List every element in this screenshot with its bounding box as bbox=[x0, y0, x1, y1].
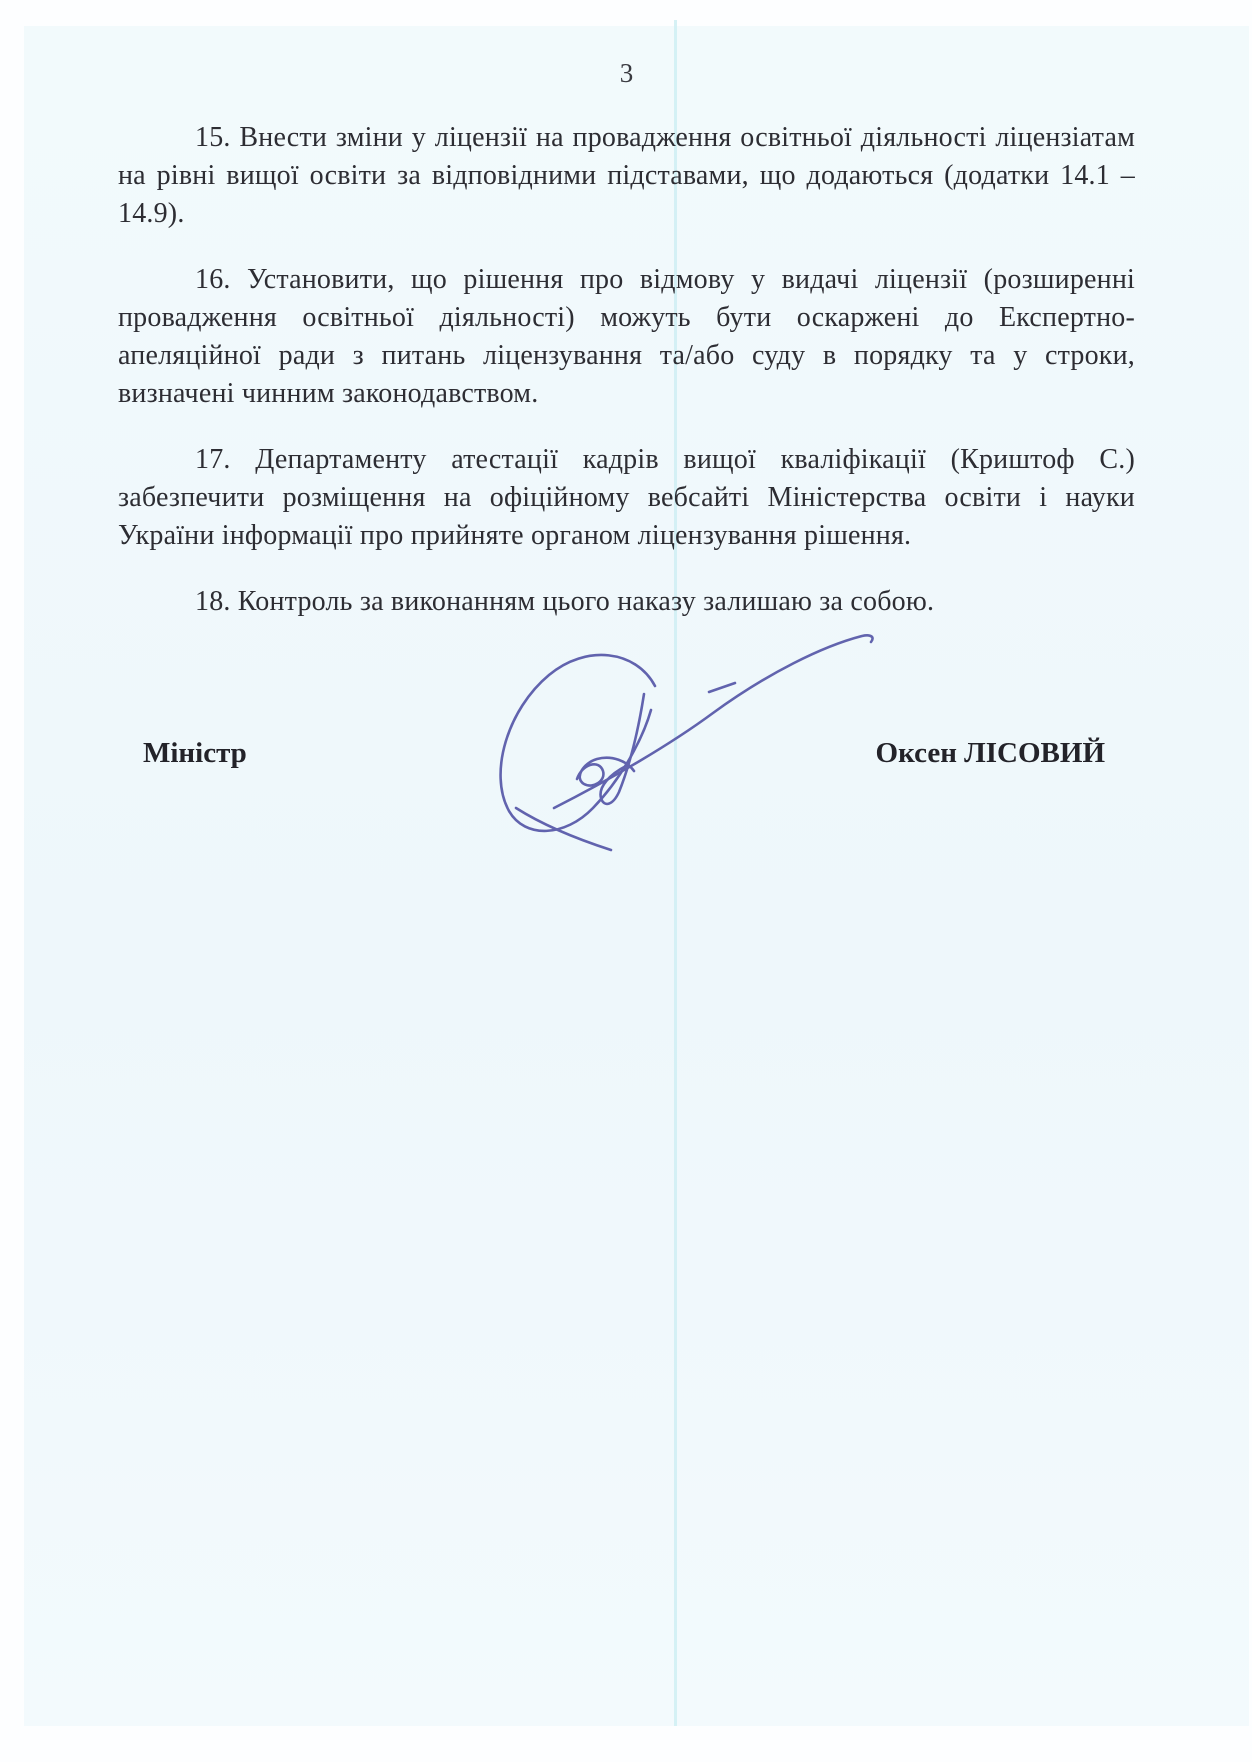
signer-name: Оксен ЛІСОВИЙ bbox=[876, 737, 1105, 770]
signature-block: Міністр Оксен ЛІСОВИЙ bbox=[118, 737, 1135, 770]
order-text-column: 15. Внести зміни у ліцензії на проваджен… bbox=[118, 119, 1135, 621]
order-paragraph-18: 18. Контроль за виконанням цього наказу … bbox=[118, 583, 1135, 621]
signer-title: Міністр bbox=[143, 737, 247, 770]
scanned-document-page: 3 15. Внести зміни у ліцензії на провадж… bbox=[0, 0, 1252, 1762]
page-content: 3 15. Внести зміни у ліцензії на провадж… bbox=[0, 0, 1252, 770]
order-paragraph-17: 17. Департаменту атестації кадрів вищої … bbox=[118, 441, 1135, 555]
page-number: 3 bbox=[118, 0, 1135, 89]
order-paragraph-15: 15. Внести зміни у ліцензії на проваджен… bbox=[118, 119, 1135, 233]
order-paragraph-16: 16. Установити, що рішення про відмову у… bbox=[118, 261, 1135, 413]
